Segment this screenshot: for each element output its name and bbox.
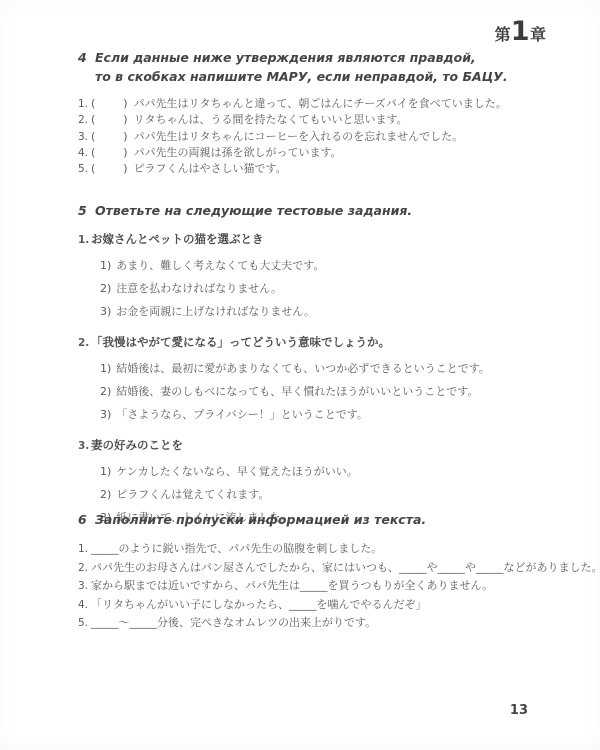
option-number: 2)	[100, 385, 111, 398]
section-5-number: 5	[78, 201, 95, 220]
answer-option: 1)結婚後は、最初に愛があまりなくても、いつか必ずできるということです。	[100, 357, 558, 380]
answer-option: 3)お金を両親に上げなければなりません。	[100, 300, 558, 323]
fill-blank-item: 1._____のように鋭い指先で、パパ先生の脇腹を刺しました。	[78, 540, 558, 559]
item-number: 2.	[78, 560, 91, 578]
chapter-suffix: 章	[530, 25, 546, 44]
item-text: リタちゃんは、うる間を持たなくてもいいと思います。	[134, 113, 408, 126]
chapter-number: 1	[511, 16, 530, 47]
section-6-items: 1._____のように鋭い指先で、パパ先生の脇腹を刺しました。 2.パパ先生のお…	[78, 540, 558, 633]
answer-option: 3)「さようなら、プライバシー！」ということです。	[100, 403, 558, 426]
item-text: パパ先生はリタちゃんにコーヒーを入れるのを忘れませんでした。	[134, 130, 464, 143]
question-2: 2.「我慢はやがて愛になる」ってどういう意味でしょうか。 1)結婚後は、最初に愛…	[78, 335, 558, 426]
option-text: 「さようなら、プライバシー！」ということです。	[116, 408, 368, 421]
answer-option: 1)ケンカしたくないなら、早く覚えたほうがいい。	[100, 460, 558, 483]
section-5-multiple-choice: 5 Ответьте на следующие тестовые задания…	[78, 201, 558, 529]
textbook-page: 第1章 4 Если данные ниже утверждения являю…	[0, 0, 600, 750]
item-number: 3.	[78, 578, 91, 596]
fill-blank-item: 3.家から駅までは近いですから、パパ先生は_____を買うつもりが全くありません…	[78, 577, 558, 596]
section-4-items: 1.( )パパ先生はリタちゃんと違って、朝ごはんにチーズパイを食べていました。 …	[78, 96, 558, 177]
option-number: 2)	[100, 282, 111, 295]
question-1-stem: 1.お嫁さんとペットの猫を選ぶとき	[78, 232, 558, 248]
question-1: 1.お嫁さんとペットの猫を選ぶとき 1)あまり、難しく考えなくても大丈夫です。 …	[78, 232, 558, 323]
chapter-header: 第1章	[495, 16, 546, 47]
section-5-heading: 5 Ответьте на следующие тестовые задания…	[78, 201, 558, 220]
item-number: 1.	[78, 541, 91, 559]
chapter-prefix: 第	[495, 25, 511, 44]
fill-blank-item: 2.パパ先生のお母さんはパン屋さんでしたから、家にはいつも、_____や____…	[78, 559, 558, 578]
item-number: 5.	[78, 161, 91, 177]
item-number: 1.	[78, 96, 91, 112]
answer-parentheses-blank: ( )	[91, 130, 129, 143]
true-false-item: 5.( )ピラフくんはやさしい猫です。	[78, 161, 558, 177]
question-number: 2.	[78, 336, 91, 351]
question-stem-text: 妻の好みのことを	[91, 438, 183, 452]
option-text: お金を両親に上げなければなりません。	[116, 305, 315, 318]
section-4-true-false: 4 Если данные ниже утверждения являются …	[78, 48, 558, 177]
option-number: 3)	[100, 305, 111, 318]
item-text: 「リタちゃんがいい子にしなかったら、_____を噛んでやるんだぞ」	[91, 598, 427, 611]
item-number: 3.	[78, 129, 91, 145]
item-number: 2.	[78, 112, 91, 128]
item-text: ピラフくんはやさしい猫です。	[134, 162, 287, 175]
section-5-title: Ответьте на следующие тестовые задания.	[95, 201, 412, 220]
option-text: 結婚後、妻のしもべになっても、早く慣れたほうがいいということです。	[116, 385, 478, 398]
option-text: 注意を払わなければなりません。	[116, 282, 282, 295]
section-4-number: 4	[78, 48, 95, 86]
answer-parentheses-blank: ( )	[91, 146, 129, 159]
question-2-stem: 2.「我慢はやがて愛になる」ってどういう意味でしょうか。	[78, 335, 558, 351]
page-number: 13	[510, 703, 528, 718]
item-text: パパ先生の両親は孫を欲しがっています。	[134, 146, 342, 159]
item-text: 家から駅までは近いですから、パパ先生は_____を買うつもりが全くありません。	[91, 579, 493, 592]
answer-option: 2)ピラフくんは覚えてくれます。	[100, 483, 558, 506]
option-text: ケンカしたくないなら、早く覚えたほうがいい。	[116, 465, 357, 478]
item-text: パパ先生はリタちゃんと違って、朝ごはんにチーズパイを食べていました。	[134, 97, 507, 110]
answer-option: 2)注意を払わなければなりません。	[100, 277, 558, 300]
option-number: 1)	[100, 259, 111, 272]
question-number: 1.	[78, 233, 91, 248]
answer-option: 1)あまり、難しく考えなくても大丈夫です。	[100, 254, 558, 277]
item-number: 4.	[78, 145, 91, 161]
section-6-fill-blanks: 6 Заполните пропуски информацией из текс…	[78, 510, 558, 633]
option-text: あまり、難しく考えなくても大丈夫です。	[116, 259, 324, 272]
true-false-item: 1.( )パパ先生はリタちゃんと違って、朝ごはんにチーズパイを食べていました。	[78, 96, 558, 112]
answer-option: 2)結婚後、妻のしもべになっても、早く慣れたほうがいいということです。	[100, 380, 558, 403]
option-number: 1)	[100, 362, 111, 375]
section-6-title: Заполните пропуски информацией из текста…	[95, 510, 426, 529]
item-number: 4.	[78, 597, 91, 615]
option-number: 1)	[100, 465, 111, 478]
question-number: 3.	[78, 439, 91, 454]
question-2-options: 1)結婚後は、最初に愛があまりなくても、いつか必ずできるということです。 2)結…	[78, 357, 558, 426]
answer-parentheses-blank: ( )	[91, 162, 129, 175]
section-6-number: 6	[78, 510, 95, 529]
true-false-item: 3.( )パパ先生はリタちゃんにコーヒーを入れるのを忘れませんでした。	[78, 129, 558, 145]
fill-blank-item: 4.「リタちゃんがいい子にしなかったら、_____を噛んでやるんだぞ」	[78, 596, 558, 615]
option-number: 2)	[100, 488, 111, 501]
section-4-heading: 4 Если данные ниже утверждения являются …	[78, 48, 558, 86]
section-4-title: Если данные ниже утверждения являются пр…	[95, 48, 508, 86]
item-text: _____〜_____分後、完ぺきなオムレツの出来上がりです。	[91, 616, 376, 629]
option-text: ピラフくんは覚えてくれます。	[116, 488, 269, 501]
section-6-heading: 6 Заполните пропуски информацией из текс…	[78, 510, 558, 529]
question-stem-text: お嫁さんとペットの猫を選ぶとき	[91, 232, 264, 246]
question-stem-text: 「我慢はやがて愛になる」ってどういう意味でしょうか。	[91, 335, 390, 349]
fill-blank-item: 5._____〜_____分後、完ぺきなオムレツの出来上がりです。	[78, 614, 558, 633]
item-number: 5.	[78, 615, 91, 633]
true-false-item: 4.( )パパ先生の両親は孫を欲しがっています。	[78, 145, 558, 161]
item-text: パパ先生のお母さんはパン屋さんでしたから、家にはいつも、_____や_____や…	[91, 561, 600, 574]
option-number: 3)	[100, 408, 111, 421]
true-false-item: 2.( )リタちゃんは、うる間を持たなくてもいいと思います。	[78, 112, 558, 128]
option-text: 結婚後は、最初に愛があまりなくても、いつか必ずできるということです。	[116, 362, 489, 375]
item-text: _____のように鋭い指先で、パパ先生の脇腹を刺しました。	[91, 542, 382, 555]
question-1-options: 1)あまり、難しく考えなくても大丈夫です。 2)注意を払わなければなりません。 …	[78, 254, 558, 323]
answer-parentheses-blank: ( )	[91, 97, 129, 110]
question-3-stem: 3.妻の好みのことを	[78, 438, 558, 454]
answer-parentheses-blank: ( )	[91, 113, 129, 126]
